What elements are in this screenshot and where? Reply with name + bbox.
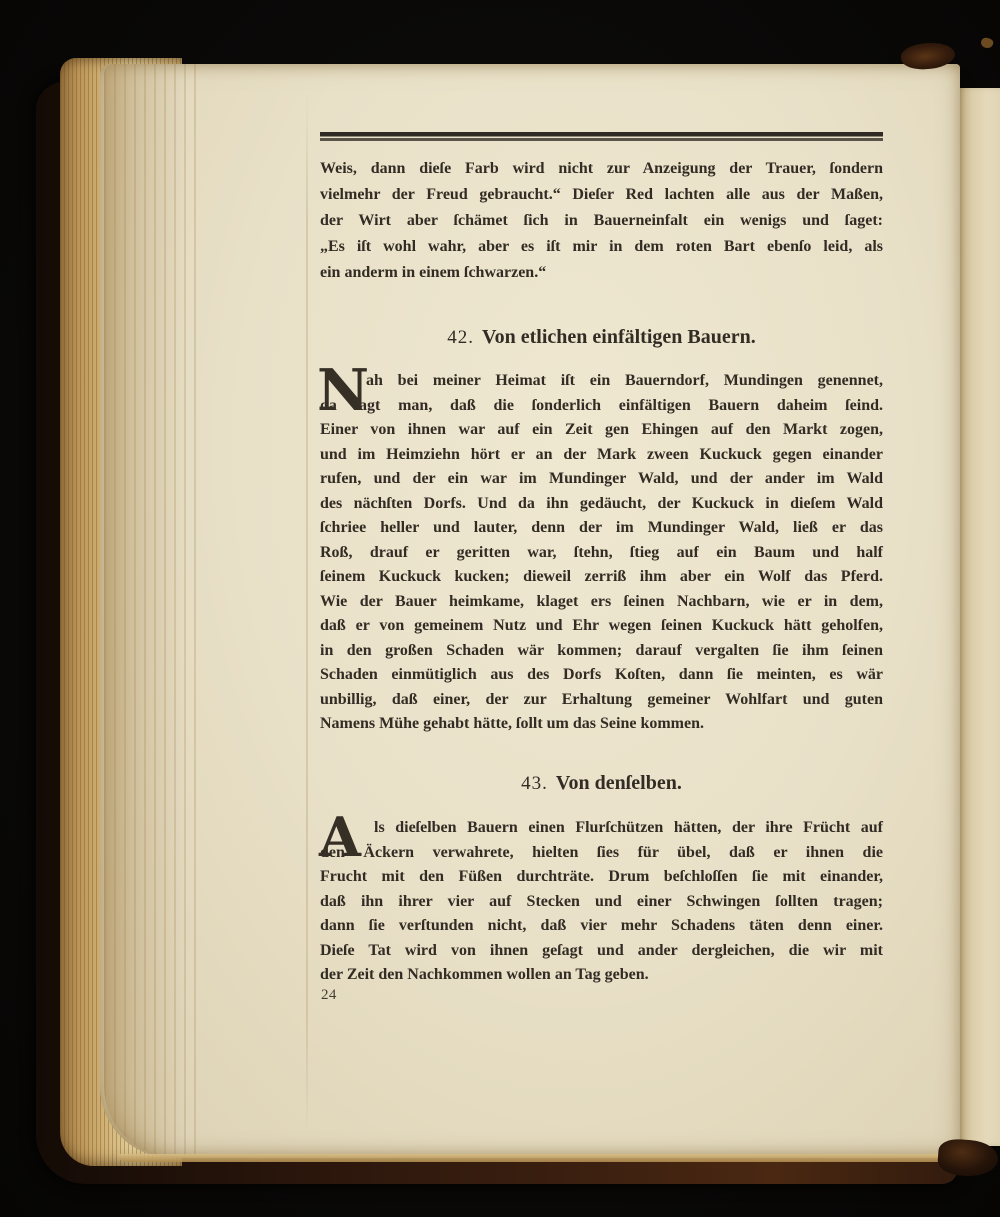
section-42-title: Von etlichen einfältigen Bauern. (482, 326, 756, 348)
text-line: der Wirt aber ſchämet ſich in Bauerneinf… (320, 208, 883, 234)
head-rule (320, 132, 883, 141)
dropcap-initial-a: A (319, 810, 361, 864)
intro-paragraph: Weis, dann dieſe Farb wird nicht zur Anz… (320, 156, 883, 286)
text-line: des nächſten Dorfs. Und da ihn gedäucht,… (320, 492, 883, 517)
section-42-paragraph: N ah bei meiner Heimat iſt ein Bauerndor… (320, 369, 883, 737)
page-number: 24 (321, 987, 337, 1004)
section-43-paragraph: A ls dieſelben Bauern einen Flurſchützen… (320, 816, 883, 988)
text-line: dann ſie verſtunden nicht, daß vier mehr… (320, 914, 883, 939)
text-line: „Es iſt wohl wahr, aber es iſt mir in de… (320, 234, 883, 260)
text-line: ſchriee heller und lauter, denn der im M… (320, 516, 883, 541)
text-line: in den großen Schaden wär kommen; darauf… (320, 639, 883, 664)
text-line: vielmehr der Freud gebraucht.“ Dieſer Re… (320, 182, 883, 208)
text-line: Weis, dann dieſe Farb wird nicht zur Anz… (320, 156, 883, 182)
text-line: ein anderm in einem ſchwarzen.“ (320, 260, 883, 286)
text-line: Roß, drauf er geritten war, ſtehn, ſtieg… (320, 541, 883, 566)
text-line: Namens Mühe gehabt hätte, ſollt um das S… (320, 712, 883, 737)
section-43-title: Von denſelben. (556, 772, 682, 794)
section-42-number: 42. (447, 327, 474, 348)
text-line: daß er von gemeinem Nutz und Ehr wegen ſ… (320, 614, 883, 639)
text-line: ſeinem Kuckuck kucken; dieweil zerriß ih… (320, 565, 883, 590)
text-line: rufen, und der ein war im Mundinger Wald… (320, 467, 883, 492)
text-line: Wie der Bauer heimkame, klaget ers ſeine… (320, 590, 883, 615)
text-line: Frucht mit den Füßen durchträte. Drum be… (320, 865, 883, 890)
text-line: daß ihn ihrer vier auf Stecken und einer… (320, 890, 883, 915)
text-line: Schaden einmütiglich aus des Dorfs Koſte… (320, 663, 883, 688)
text-line: da ſagt man, daß die ſonderlich einfälti… (320, 394, 883, 419)
text-line: Einer von ihnen war auf ein Zeit gen Ehi… (320, 418, 883, 443)
section-43-number: 43. (521, 773, 548, 794)
dropcap-initial-n: N (317, 362, 369, 419)
printed-text-layer: Weis, dann dieſe Farb wird nicht zur Anz… (0, 0, 1000, 1217)
text-line: Dieſe Tat wird von ihnen geſagt und ande… (320, 939, 883, 964)
text-line: ls dieſelben Bauern einen Flurſchützen h… (374, 816, 883, 841)
text-line: unbillig, daß einer, der zur Erhaltung g… (320, 688, 883, 713)
text-line: ah bei meiner Heimat iſt ein Bauerndorf,… (366, 369, 883, 394)
text-line: der Zeit den Nachkommen wollen an Tag ge… (320, 963, 883, 988)
section-43-heading: 43.Von denſelben. (320, 770, 883, 797)
text-line: den Äckern verwahrete, hielten ſies für … (320, 841, 883, 866)
text-line: und im Heimziehn hört er an der Mark zwe… (320, 443, 883, 468)
section-42-heading: 42.Von etlichen einfältigen Bauern. (320, 324, 883, 351)
book-photo: Weis, dann dieſe Farb wird nicht zur Anz… (0, 0, 1000, 1217)
